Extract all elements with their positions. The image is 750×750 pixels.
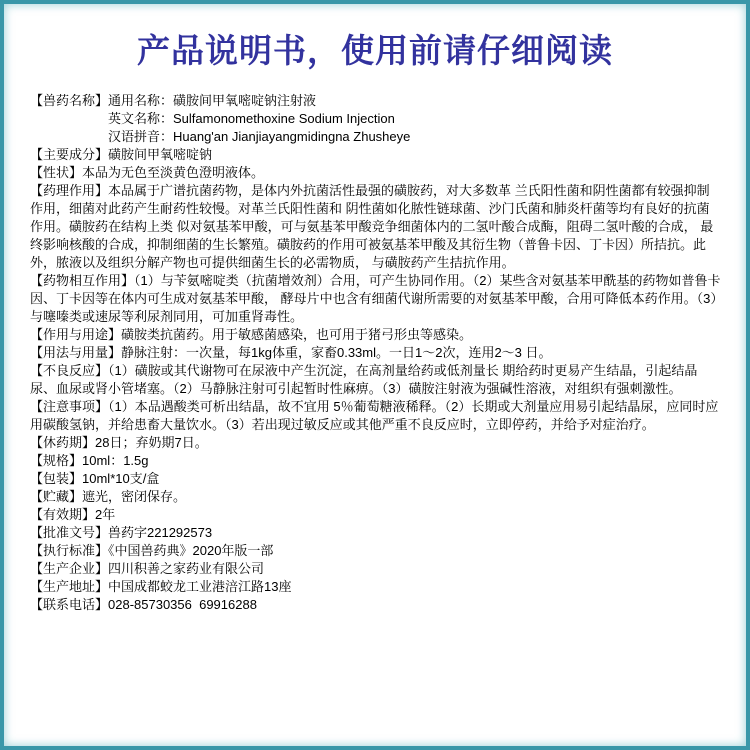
section-line: 【批准文号】兽药字221292573 [30, 524, 722, 542]
drug-name-line: 【兽药名称】通用名称：磺胺间甲氧嘧啶钠注射液 [30, 92, 722, 110]
section-label: 【休药期】 [30, 435, 95, 450]
section-label: 【作用与用途】 [30, 327, 121, 342]
section-label: 【批准文号】 [30, 525, 108, 540]
section-text: 2年 [95, 507, 115, 522]
section-text: 10ml：1.5g [82, 453, 148, 468]
section-line: 【作用与用途】磺胺类抗菌药。用于敏感菌感染，也可用于猪弓形虫等感染。 [30, 326, 722, 344]
section-text: 028-85730356 69916288 [108, 597, 257, 612]
document-body: 【兽药名称】通用名称：磺胺间甲氧嘧啶钠注射液 英文名称：Sulfamonomet… [30, 92, 722, 614]
section-line: 【药物相互作用】（1）与苄氨嘧啶类（抗菌增效剂）合用，可产生协同作用。（2）某些… [30, 272, 722, 326]
section-text: 28日；弃奶期7日。 [95, 435, 208, 450]
section-text: 10ml*10支/盒 [82, 471, 159, 486]
section-label: 【用法与用量】 [30, 345, 121, 360]
section-line: 【有效期】2年 [30, 506, 722, 524]
section-label: 【生产企业】 [30, 561, 108, 576]
section-list: 【主要成分】磺胺间甲氧嘧啶钠【性状】本品为无色至淡黄色澄明液体。【药理作用】本品… [30, 146, 722, 614]
section-text: 遮光，密闭保存。 [82, 489, 186, 504]
section-label: 【规格】 [30, 453, 82, 468]
section-line: 【休药期】28日；弃奶期7日。 [30, 434, 722, 452]
section-label: 【不良反应】 [30, 363, 108, 378]
drug-name-english: 英文名称：Sulfamonomethoxine Sodium Injection [30, 110, 722, 128]
section-label: 【执行标准】 [30, 543, 108, 558]
section-label: 【药理作用】 [30, 183, 108, 198]
section-label: 【包装】 [30, 471, 82, 486]
section-line: 【规格】10ml：1.5g [30, 452, 722, 470]
instruction-sheet: 产品说明书，使用前请仔细阅读 【兽药名称】通用名称：磺胺间甲氧嘧啶钠注射液 英文… [0, 0, 750, 750]
drug-name-label: 【兽药名称】 [30, 93, 108, 108]
drug-name-pinyin: 汉语拼音：Huang'an Jianjiayangmidingna Zhushe… [30, 128, 722, 146]
section-label: 【联系电话】 [30, 597, 108, 612]
section-text: （1）本品遇酸类可析出结晶，故不宜用 5％葡萄糖液稀释。（2）长期或大剂量应用易… [30, 399, 718, 432]
section-line: 【贮藏】遮光，密闭保存。 [30, 488, 722, 506]
section-label: 【性状】 [30, 165, 82, 180]
section-text: 磺胺类抗菌药。用于敏感菌感染，也可用于猪弓形虫等感染。 [121, 327, 472, 342]
section-label: 【药物相互作用】 [30, 273, 134, 288]
page-title: 产品说明书，使用前请仔细阅读 [24, 32, 726, 70]
section-line: 【性状】本品为无色至淡黄色澄明液体。 [30, 164, 722, 182]
section-text: （1）磺胺或其代谢物可在尿液中产生沉淀，在高剂量给药或低剂量长 期给药时更易产生… [30, 363, 697, 396]
section-text: 磺胺间甲氧嘧啶钠 [108, 147, 212, 162]
section-text: 本品为无色至淡黄色澄明液体。 [82, 165, 264, 180]
section-line: 【主要成分】磺胺间甲氧嘧啶钠 [30, 146, 722, 164]
section-line: 【不良反应】（1）磺胺或其代谢物可在尿液中产生沉淀，在高剂量给药或低剂量长 期给… [30, 362, 722, 398]
drug-name-generic: 通用名称：磺胺间甲氧嘧啶钠注射液 [108, 93, 316, 108]
section-text: 兽药字221292573 [108, 525, 212, 540]
section-label: 【主要成分】 [30, 147, 108, 162]
section-label: 【有效期】 [30, 507, 95, 522]
section-line: 【药理作用】本品属于广谱抗菌药物，是体内外抗菌活性最强的磺胺药，对大多数革 兰氏… [30, 182, 722, 272]
section-line: 【执行标准】《中国兽药典》2020年版一部 [30, 542, 722, 560]
section-text: （1）与苄氨嘧啶类（抗菌增效剂）合用，可产生协同作用。（2）某些含对氨基苯甲酰基… [30, 273, 720, 324]
section-label: 【贮藏】 [30, 489, 82, 504]
section-line: 【联系电话】028-85730356 69916288 [30, 596, 722, 614]
section-label: 【生产地址】 [30, 579, 108, 594]
section-line: 【包装】10ml*10支/盒 [30, 470, 722, 488]
section-line: 【生产企业】四川积善之家药业有限公司 [30, 560, 722, 578]
section-text: 本品属于广谱抗菌药物，是体内外抗菌活性最强的磺胺药，对大多数革 兰氏阳性菌和阴性… [30, 183, 713, 270]
section-text: 静脉注射：一次量，每1kg体重，家畜0.33ml。一日1～2次，连用2～3 日。 [121, 345, 552, 360]
section-text: 四川积善之家药业有限公司 [108, 561, 264, 576]
section-text: 《中国兽药典》2020年版一部 [108, 543, 273, 558]
section-line: 【用法与用量】静脉注射：一次量，每1kg体重，家畜0.33ml。一日1～2次，连… [30, 344, 722, 362]
section-text: 中国成都蛟龙工业港涪江路13座 [108, 579, 291, 594]
section-label: 【注意事项】 [30, 399, 108, 414]
section-line: 【注意事项】（1）本品遇酸类可析出结晶，故不宜用 5％葡萄糖液稀释。（2）长期或… [30, 398, 722, 434]
section-line: 【生产地址】中国成都蛟龙工业港涪江路13座 [30, 578, 722, 596]
